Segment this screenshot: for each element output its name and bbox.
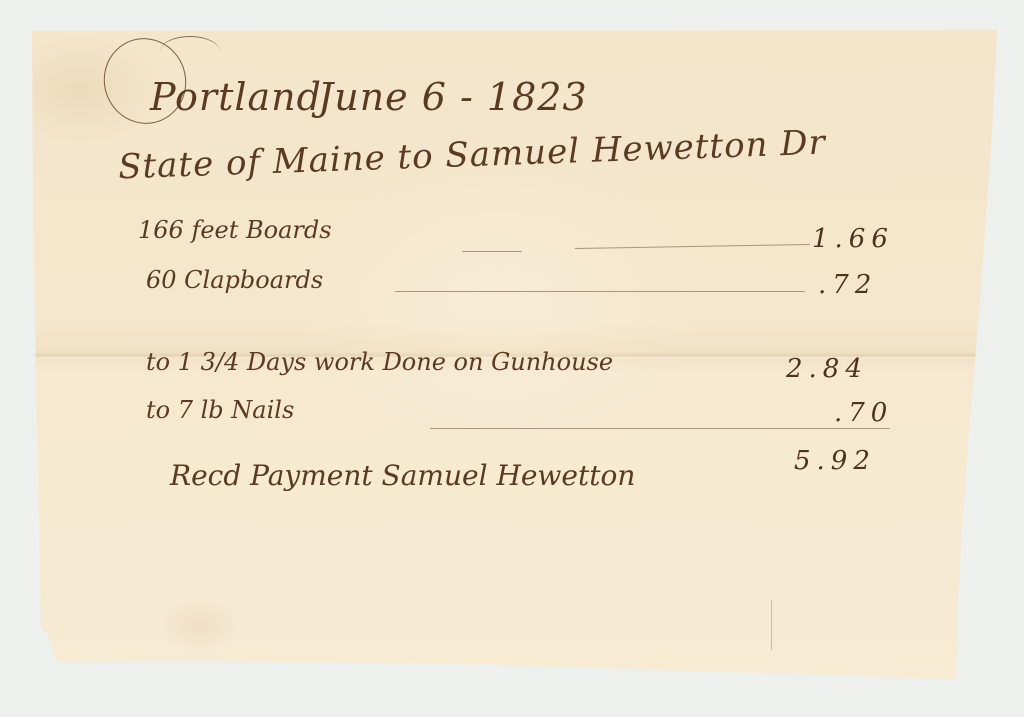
total-rule: [430, 428, 890, 429]
line-item-description: to 1 3/4 Days work Done on Gunhouse: [146, 350, 613, 374]
line-item-amount: .72: [818, 272, 877, 298]
signature-line: Recd Payment Samuel Hewetton: [170, 462, 635, 490]
total-amount: 5.92: [794, 448, 876, 474]
line-item-description: to 7 lb Nails: [146, 398, 294, 422]
leader-line: [395, 291, 805, 292]
line-item-description: 60 Clapboards: [146, 268, 323, 292]
capital-p-flourish-tail: [160, 36, 220, 67]
heading-date: June 6 - 1823: [318, 78, 588, 116]
line-item-amount: .70: [834, 400, 893, 426]
line-item-description: 166 feet Boards: [138, 218, 332, 242]
paper-crease: [771, 600, 772, 650]
line-item-amount: 1.66: [812, 226, 894, 252]
heading-place: Portland: [150, 78, 322, 116]
line-item-amount: 2.84: [786, 356, 868, 382]
leader-line: [462, 251, 522, 252]
